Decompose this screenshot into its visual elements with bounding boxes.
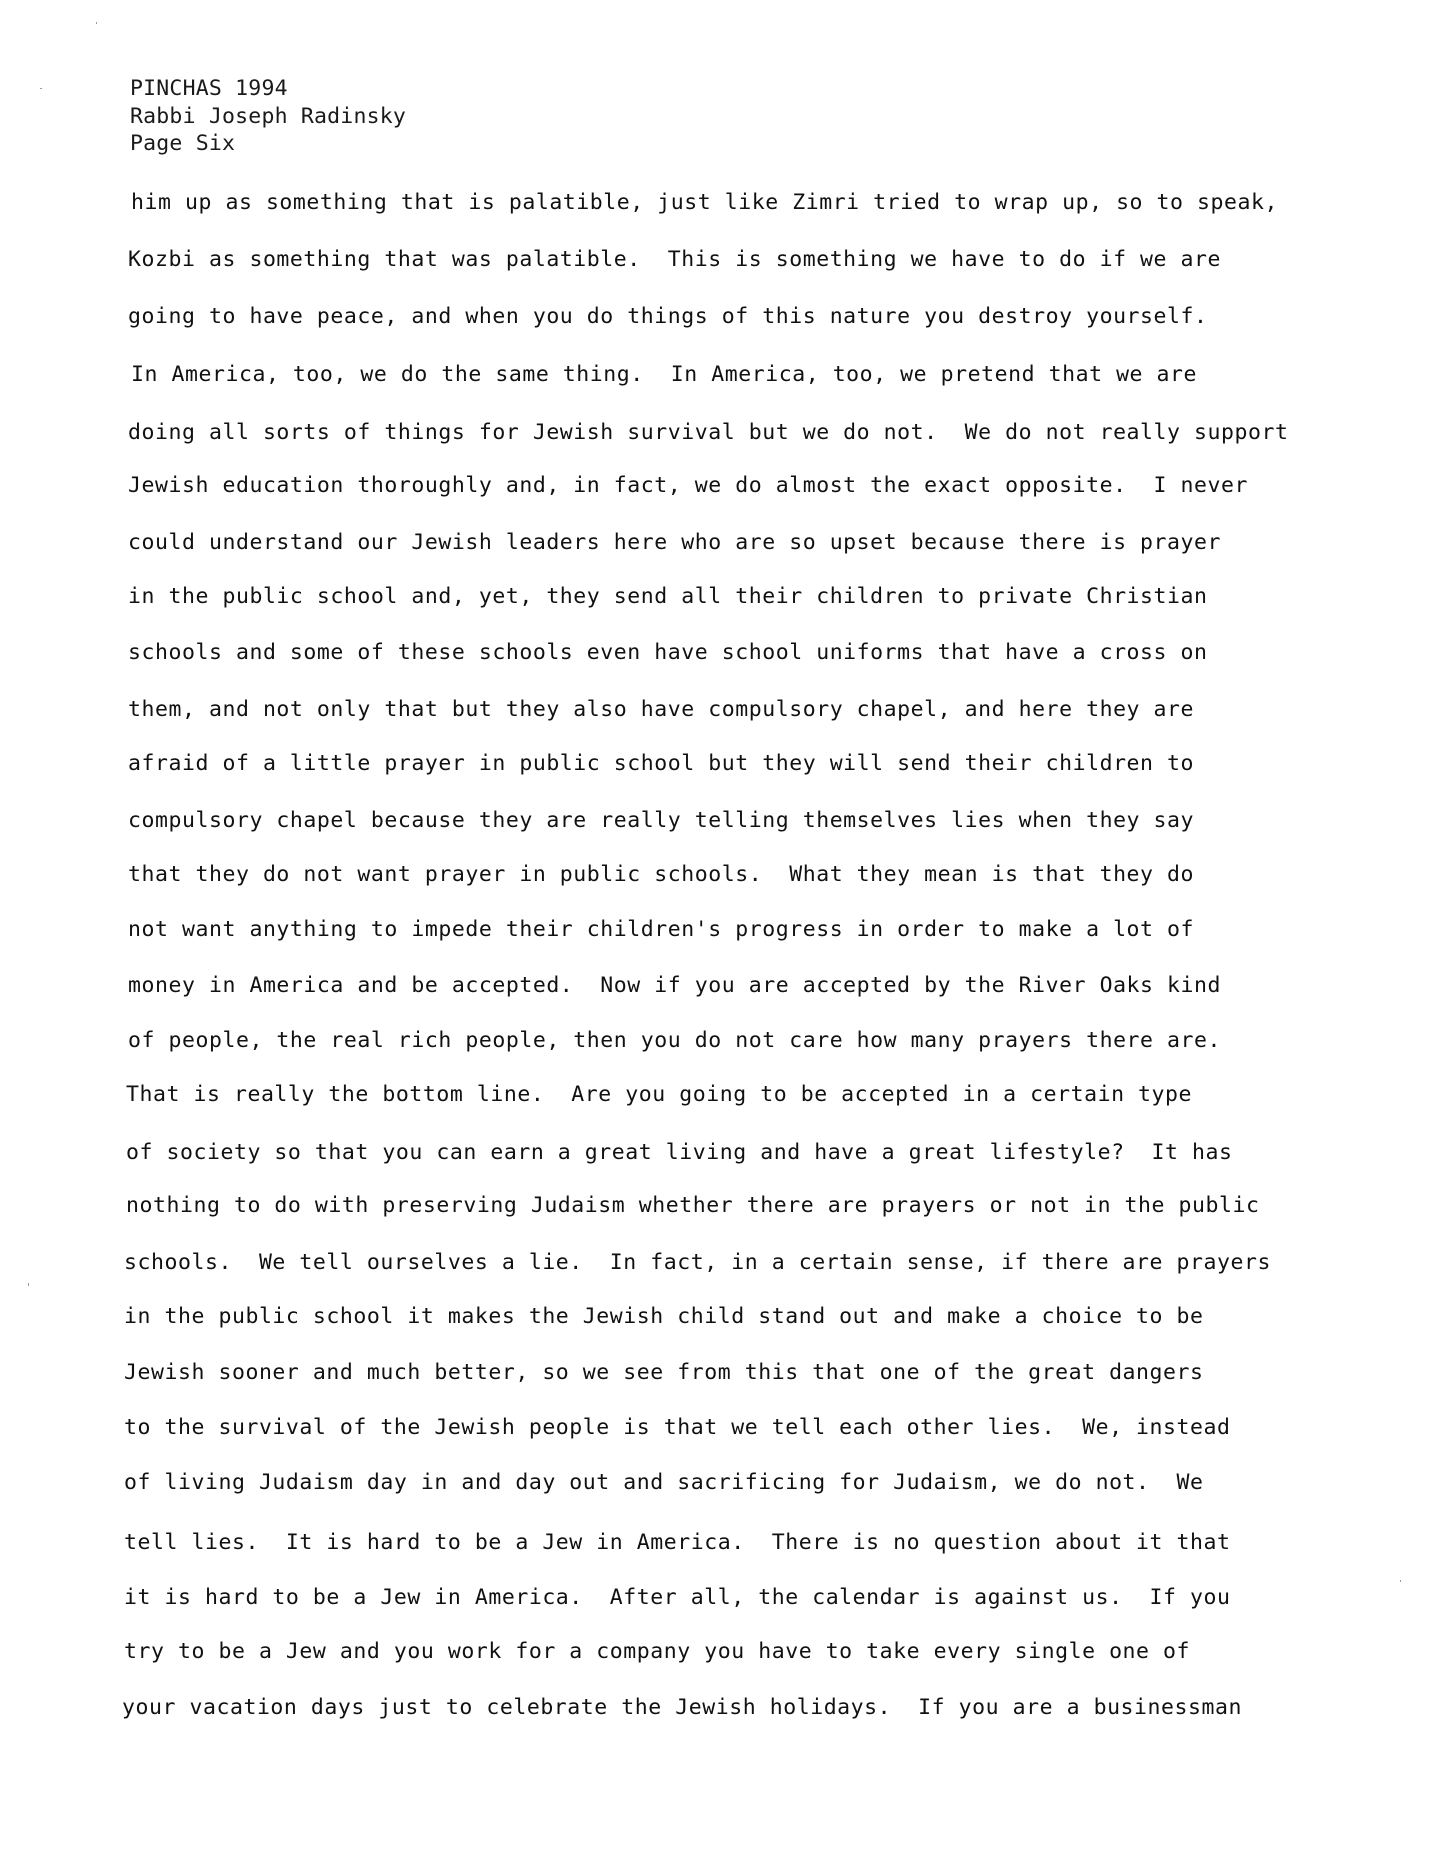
scan-speck: [28, 1283, 29, 1286]
text-line: doing all sorts of things for Jewish sur…: [128, 420, 1289, 446]
text-line: them, and not only that but they also ha…: [128, 697, 1194, 723]
scan-speck: [96, 22, 97, 24]
scan-speck: [1400, 1580, 1401, 1582]
text-line: In America, too, we do the same thing. I…: [131, 362, 1197, 388]
text-line: afraid of a little prayer in public scho…: [128, 751, 1194, 777]
text-line: compulsory chapel because they are reall…: [128, 808, 1194, 834]
text-line: of people, the real rich people, then yo…: [128, 1028, 1221, 1054]
document-title: PINCHAS 1994: [130, 76, 288, 102]
text-line: schools and some of these schools even h…: [128, 640, 1208, 666]
text-line: That is really the bottom line. Are you …: [126, 1082, 1192, 1108]
text-line: him up as something that is palatible, j…: [131, 190, 1278, 216]
text-line: in the public school it makes the Jewish…: [124, 1304, 1204, 1330]
text-line: of society so that you can earn a great …: [126, 1140, 1233, 1166]
text-line: schools. We tell ourselves a lie. In fac…: [124, 1250, 1271, 1276]
text-line: it is hard to be a Jew in America. After…: [124, 1585, 1231, 1611]
text-line: your vacation days just to celebrate the…: [122, 1695, 1242, 1721]
text-line: not want anything to impede their childr…: [128, 917, 1194, 943]
text-line: of living Judaism day in and day out and…: [124, 1470, 1204, 1496]
text-line: going to have peace, and when you do thi…: [128, 304, 1208, 330]
text-line: in the public school and, yet, they send…: [128, 584, 1208, 610]
text-line: Jewish education thoroughly and, in fact…: [128, 473, 1248, 499]
document-page: PINCHAS 1994 Rabbi Joseph Radinsky Page …: [0, 0, 1430, 1851]
text-line: nothing to do with preserving Judaism wh…: [126, 1193, 1260, 1219]
text-line: could understand our Jewish leaders here…: [128, 530, 1221, 556]
text-line: try to be a Jew and you work for a compa…: [124, 1639, 1190, 1665]
scan-speck: [40, 88, 42, 89]
text-line: that they do not want prayer in public s…: [128, 862, 1194, 888]
text-line: Jewish sooner and much better, so we see…: [124, 1360, 1204, 1386]
text-line: money in America and be accepted. Now if…: [128, 973, 1221, 999]
text-line: to the survival of the Jewish people is …: [124, 1415, 1231, 1441]
page-label: Page Six: [130, 131, 235, 157]
text-line: tell lies. It is hard to be a Jew in Ame…: [124, 1530, 1231, 1556]
document-author: Rabbi Joseph Radinsky: [130, 104, 406, 130]
text-line: Kozbi as something that was palatible. T…: [128, 247, 1221, 273]
